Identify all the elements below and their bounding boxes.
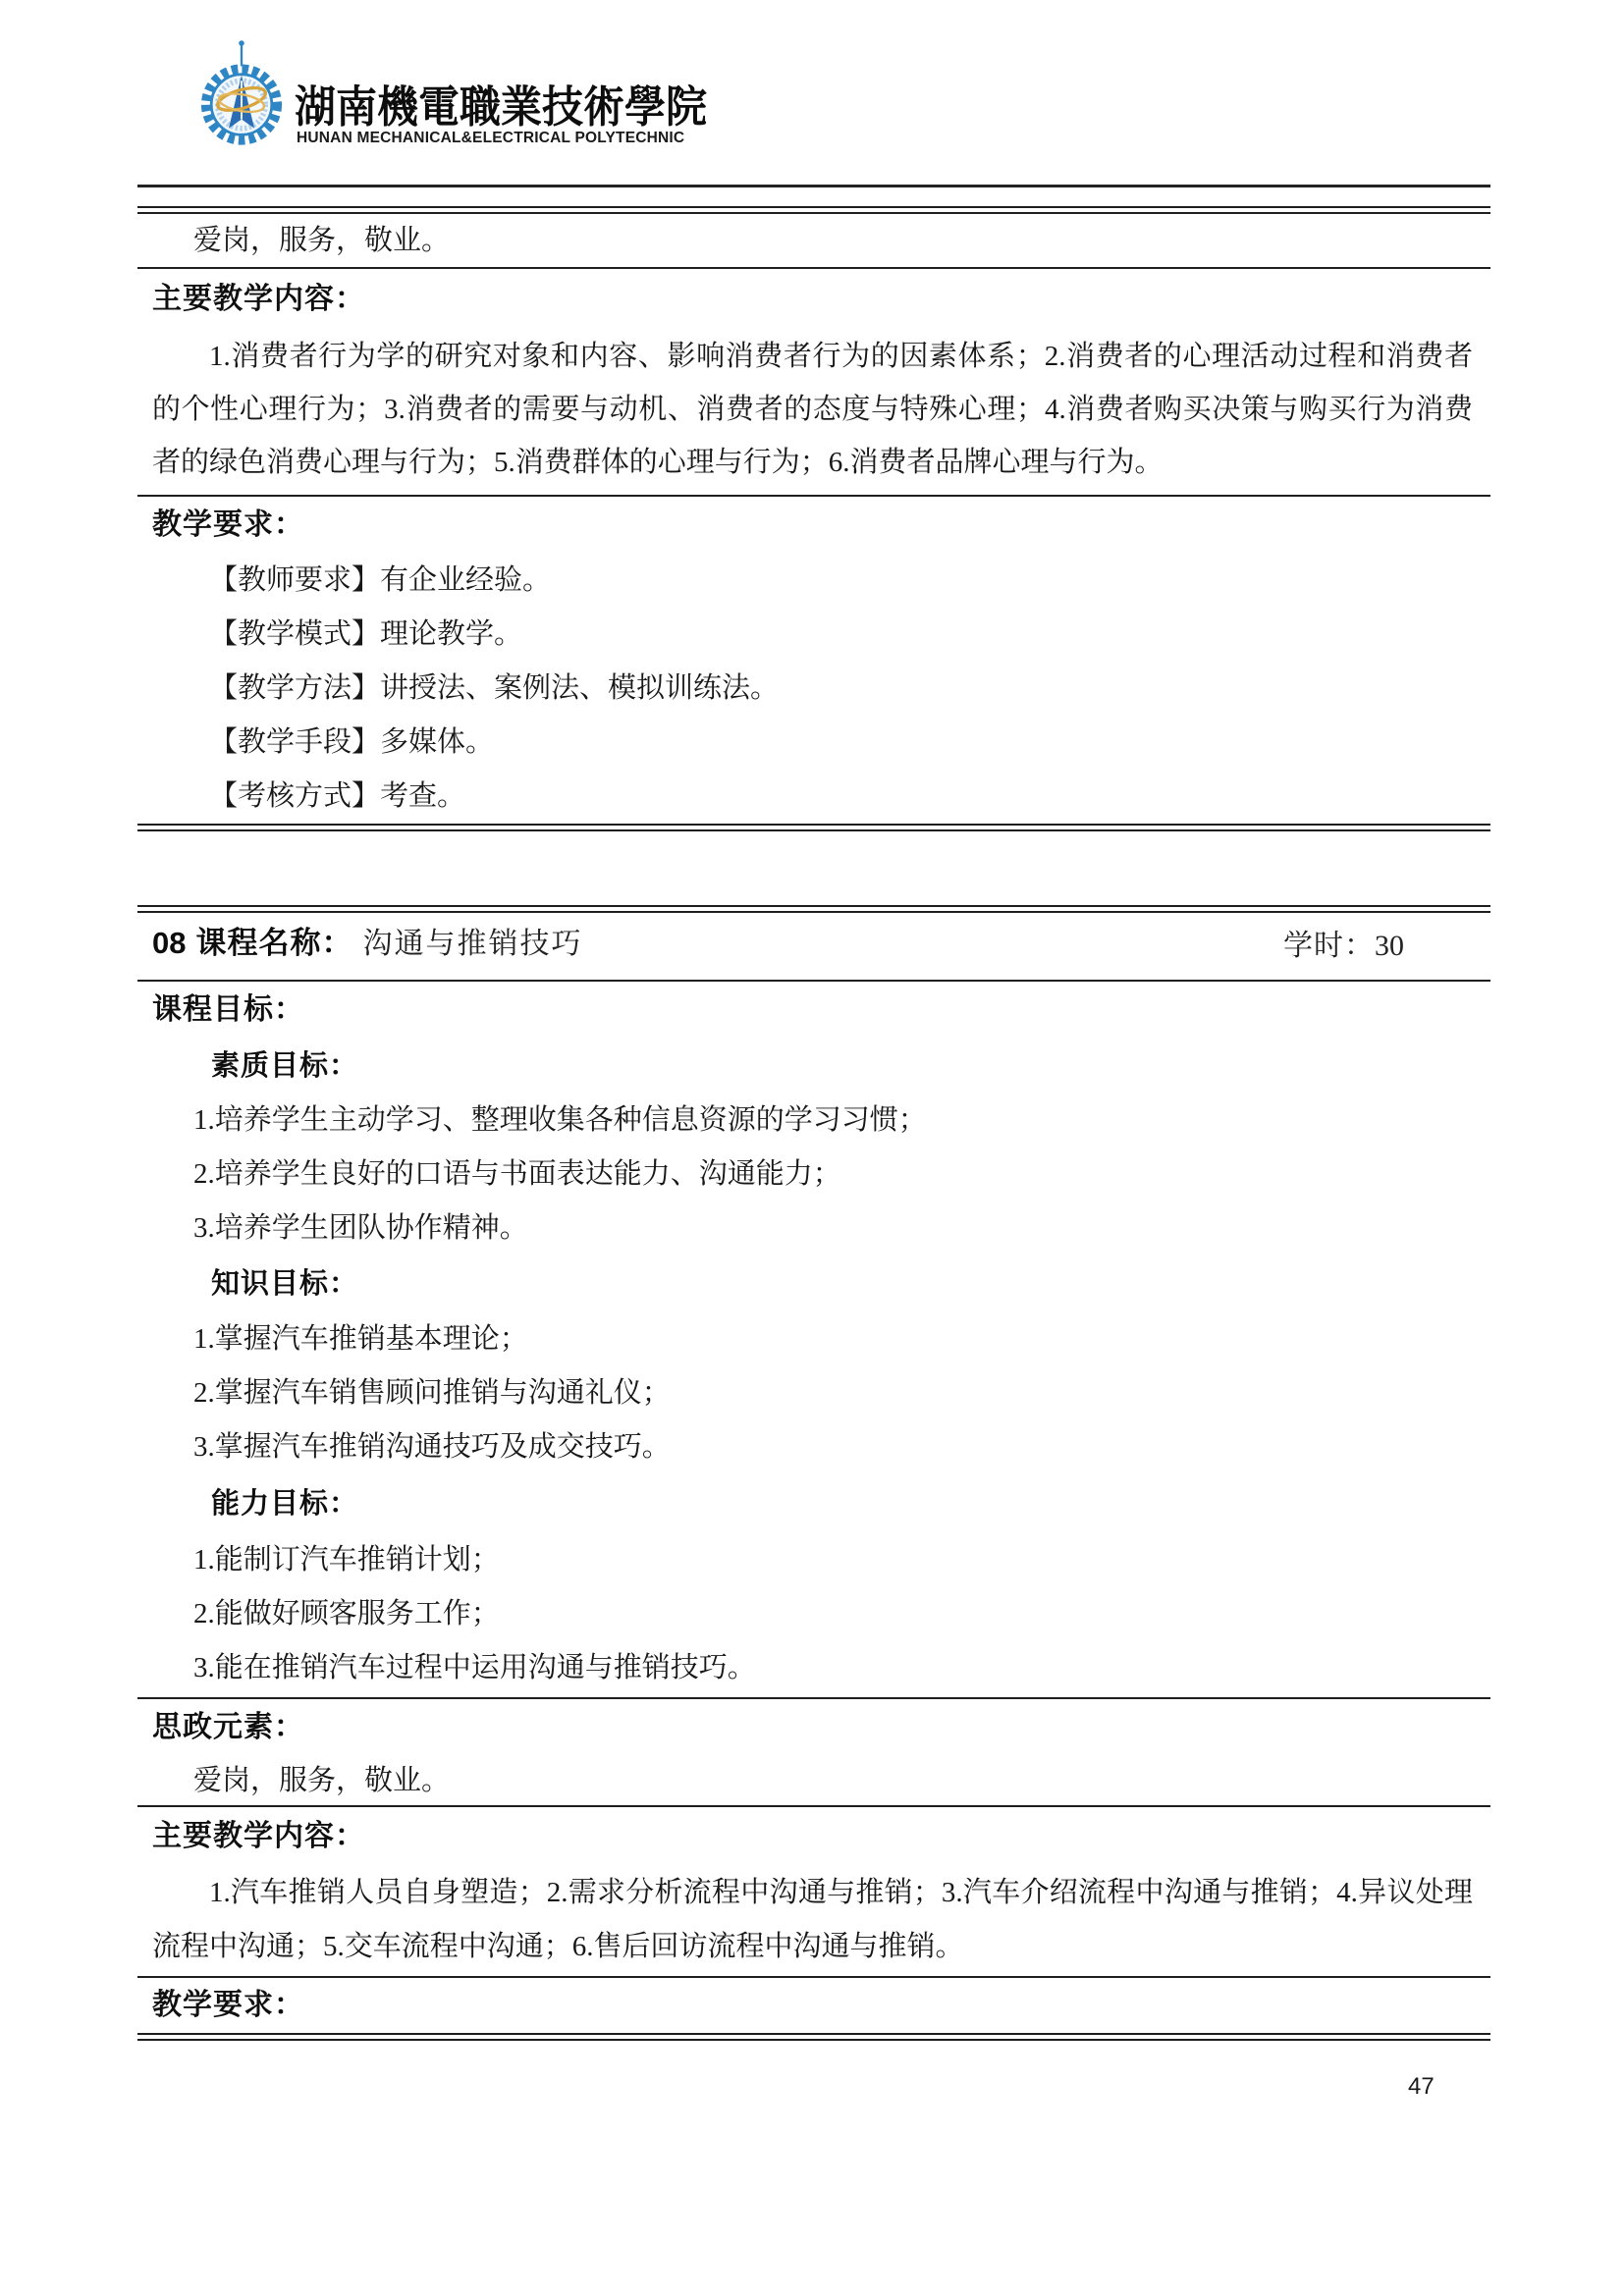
quality-goal-item: 2.培养学生良好的口语与书面表达能力、沟通能力； bbox=[137, 1148, 1490, 1201]
table-bottom-double-rule bbox=[137, 824, 1490, 831]
knowledge-goal-item: 3.掌握汽车推销沟通技巧及成交技巧。 bbox=[137, 1420, 1490, 1474]
ability-goal-heading: 能力目标： bbox=[137, 1474, 1490, 1533]
page-number: 47 bbox=[1408, 2073, 1435, 2101]
header-divider bbox=[137, 185, 1490, 187]
hours-value: 30 bbox=[1375, 930, 1404, 962]
main-content-paragraph: 1.消费者行为学的研究对象和内容、影响消费者行为的因素体系；2.消费者的心理活动… bbox=[137, 330, 1490, 495]
knowledge-goal-item: 2.掌握汽车销售顾问推销与沟通礼仪； bbox=[137, 1366, 1490, 1420]
course-name: 沟通与推销技巧 bbox=[362, 928, 582, 960]
main-content-heading: 主要教学内容： bbox=[137, 1807, 1490, 1866]
requirement-item: 【教学方法】讲授法、案例法、模拟训练法。 bbox=[137, 662, 1490, 716]
knowledge-goal-heading: 知识目标： bbox=[137, 1255, 1490, 1312]
school-name-english: HUNAN MECHANICAL&ELECTRICAL POLYTECHNIC bbox=[297, 130, 684, 147]
school-name-chinese: 湖南機電職業技術學院 bbox=[295, 74, 707, 135]
requirement-item: 【教师要求】有企业经验。 bbox=[137, 554, 1490, 608]
ability-goal-item: 3.能在推销汽车过程中运用沟通与推销技巧。 bbox=[137, 1641, 1490, 1695]
course-title-row: 08课程名称：沟通与推销技巧 学时：30 bbox=[137, 913, 1490, 980]
ideology-heading: 思政元素： bbox=[137, 1699, 1490, 1756]
school-logo-icon bbox=[200, 37, 283, 159]
ability-goal-item: 1.能制订汽车推销计划； bbox=[137, 1533, 1490, 1587]
table-top-double-rule bbox=[137, 206, 1490, 214]
hours-label: 学时： bbox=[1283, 930, 1375, 962]
course-name-label: 课程名称： bbox=[195, 926, 352, 960]
course-number: 08 bbox=[152, 926, 186, 960]
teaching-requirements-heading: 教学要求： bbox=[137, 1978, 1490, 2033]
quality-goal-item: 3.培养学生团队协作精神。 bbox=[137, 1201, 1490, 1255]
main-content-heading: 主要教学内容： bbox=[137, 269, 1490, 330]
ideology-text: 爱岗，服务，敬业。 bbox=[137, 1756, 1490, 1805]
course-hours: 学时：30 bbox=[1283, 913, 1490, 980]
quality-goal-item: 1.培养学生主动学习、整理收集各种信息资源的学习习惯； bbox=[137, 1094, 1490, 1148]
teaching-requirements-heading: 教学要求： bbox=[137, 497, 1490, 554]
course-title-left: 08课程名称：沟通与推销技巧 bbox=[152, 910, 582, 983]
document-page: 湖南機電職業技術學院 HUNAN MECHANICAL&ELECTRICAL P… bbox=[0, 0, 1624, 2296]
course-goal-heading: 课程目标： bbox=[137, 982, 1490, 1039]
table-bottom-double-rule bbox=[137, 2033, 1490, 2041]
requirement-item: 【考核方式】考查。 bbox=[137, 770, 1490, 824]
ideology-text: 爱岗，服务，敬业。 bbox=[137, 214, 1490, 267]
section-previous-course: 爱岗，服务，敬业。 主要教学内容： 1.消费者行为学的研究对象和内容、影响消费者… bbox=[137, 206, 1490, 831]
requirement-item: 【教学模式】理论教学。 bbox=[137, 608, 1490, 662]
knowledge-goal-item: 1.掌握汽车推销基本理论； bbox=[137, 1312, 1490, 1366]
requirement-item: 【教学手段】多媒体。 bbox=[137, 716, 1490, 770]
quality-goal-heading: 素质目标： bbox=[137, 1039, 1490, 1094]
main-content-paragraph: 1.汽车推销人员自身塑造；2.需求分析流程中沟通与推销；3.汽车介绍流程中沟通与… bbox=[137, 1866, 1490, 1976]
ability-goal-item: 2.能做好顾客服务工作； bbox=[137, 1587, 1490, 1641]
section-course-08: 08课程名称：沟通与推销技巧 学时：30 课程目标： 素质目标： 1.培养学生主… bbox=[137, 905, 1490, 2041]
